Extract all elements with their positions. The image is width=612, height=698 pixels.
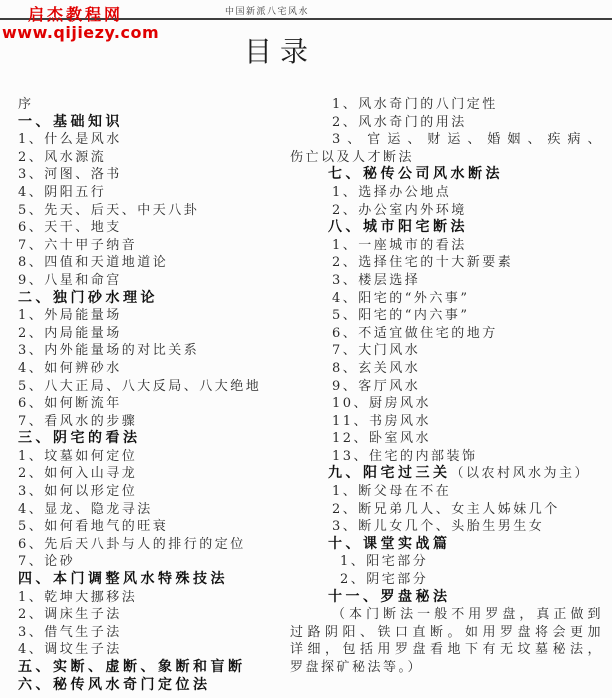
toc-line-text: 2、办公室内外环境 xyxy=(332,203,467,218)
toc-line-text: 3、断儿女几个、头胎生男生女 xyxy=(332,519,544,534)
toc-line-text: 2、风水源流 xyxy=(18,150,106,165)
toc-line: 5、阳宅的“内六事” xyxy=(290,307,603,325)
toc-line-text: 1、一座城市的看法 xyxy=(332,238,467,253)
toc-line: 6、天干、地支 xyxy=(18,219,298,237)
toc-line-text: 过路阴阳、铁口直断。如用罗盘将会更加 xyxy=(290,625,603,640)
toc-line-text: 3、如何以形定位 xyxy=(18,484,137,499)
toc-line: 2、断兄弟几人、女主人姊妹几个 xyxy=(290,501,603,519)
watermark-site-url: www.qijiezy.com xyxy=(2,23,159,42)
toc-line: 7、看风水的步骤 xyxy=(18,413,298,431)
toc-line: 1、阳宅部分 xyxy=(290,553,603,571)
toc-line-text: 12、卧室风水 xyxy=(332,431,431,446)
toc-line-text: 6、先后天八卦与人的排行的定位 xyxy=(18,537,246,552)
toc-line: 3、官运、财运、婚姻、疾病、 xyxy=(290,131,603,149)
toc-line: 1、坟墓如何定位 xyxy=(18,448,298,466)
toc-line-text: 1、阳宅部分 xyxy=(340,554,428,569)
toc-line: 十一、罗盘秘法 xyxy=(290,589,603,607)
toc-line-text: 4、调坟生子法 xyxy=(18,642,122,657)
toc-line-text: 9、八星和命宫 xyxy=(18,273,122,288)
toc-line: 4、阴阳五行 xyxy=(18,184,298,202)
toc-line: 4、调坟生子法 xyxy=(18,641,298,659)
toc-line-text: 七、秘传公司风水断法 xyxy=(328,166,503,182)
toc-line-text: 4、阳宅的“外六事” xyxy=(332,291,470,306)
toc-line: 3、如何以形定位 xyxy=(18,483,298,501)
toc-line-text: 2、风水奇门的用法 xyxy=(332,115,467,130)
toc-line-text: 六、秘传风水奇门定位法 xyxy=(18,677,211,693)
toc-line: 五、实断、虚断、象断和盲断 xyxy=(18,659,298,677)
toc-line-text: 十、课堂实战篇 xyxy=(328,536,451,552)
toc-line: 5、八大正局、八大反局、八大绝地 xyxy=(18,378,298,396)
toc-line-text: 2、内局能量场 xyxy=(18,326,122,341)
toc-line-text: 三、阴宅的看法 xyxy=(18,430,141,446)
toc-line-text: 1、选择办公地点 xyxy=(332,185,451,200)
toc-line: 2、阴宅部分 xyxy=(290,571,603,589)
toc-line: 2、风水源流 xyxy=(18,149,298,167)
toc-line: 7、大门风水 xyxy=(290,342,603,360)
toc-line-text: 1、外局能量场 xyxy=(18,308,122,323)
toc-line: 七、秘传公司风水断法 xyxy=(290,166,603,184)
toc-line-text: 1、风水奇门的八门定性 xyxy=(332,97,498,112)
toc-line-text: 7、论砂 xyxy=(18,554,75,569)
toc-line: 2、选择住宅的十大新要素 xyxy=(290,254,603,272)
toc-line: 3、内外能量场的对比关系 xyxy=(18,342,298,360)
toc-line-text: 5、先天、后天、中天八卦 xyxy=(18,203,199,218)
toc-line: 1、什么是风水 xyxy=(18,131,298,149)
toc-line-text: 二、独门砂水理论 xyxy=(18,290,158,306)
toc-line: 8、玄关风水 xyxy=(290,360,603,378)
toc-line-text: 13、住宅的内部装饰 xyxy=(332,449,478,464)
toc-line: 8、四值和天道地道论 xyxy=(18,254,298,272)
toc-line-text: 10、厨房风水 xyxy=(332,396,431,411)
toc-line: 2、办公室内外环境 xyxy=(290,202,603,220)
book-title: 中国新派八宅风水 xyxy=(225,7,309,17)
toc-line-text: 1、坟墓如何定位 xyxy=(18,449,137,464)
toc-line-text: 9、客厅风水 xyxy=(332,379,420,394)
toc-line: 6、先后天八卦与人的排行的定位 xyxy=(18,536,298,554)
toc-line-text: 7、看风水的步骤 xyxy=(18,414,137,429)
toc-line: 4、如何辨砂水 xyxy=(18,360,298,378)
toc-line-text: 2、选择住宅的十大新要素 xyxy=(332,255,513,270)
toc-line: 2、内局能量场 xyxy=(18,325,298,343)
toc-line-text: 4、显龙、隐龙寻法 xyxy=(18,502,153,517)
toc-line: 过路阴阳、铁口直断。如用罗盘将会更加 xyxy=(290,624,603,642)
toc-line: 四、本门调整风水特殊技法 xyxy=(18,571,298,589)
toc-line-text: 四、本门调整风水特殊技法 xyxy=(18,571,228,587)
toc-line: 九、阳宅过三关（以农村风水为主） xyxy=(290,465,603,483)
toc-line-text: 序 xyxy=(18,97,34,112)
toc-line-text: 6、不适宜做住宅的地方 xyxy=(332,326,498,341)
toc-line-text: 八、城市阳宅断法 xyxy=(328,219,468,235)
toc-line: 11、书房风水 xyxy=(290,413,603,431)
toc-line: 4、阳宅的“外六事” xyxy=(290,290,603,308)
toc-line: 2、风水奇门的用法 xyxy=(290,114,603,132)
toc-line-text: 2、如何入山寻龙 xyxy=(18,466,137,481)
toc-line: 6、如何断流年 xyxy=(18,395,298,413)
toc-line-text: 九、阳宅过三关 xyxy=(328,465,451,481)
toc-line: 10、厨房风水 xyxy=(290,395,603,413)
toc-line: 7、论砂 xyxy=(18,553,298,571)
toc-line-text: 6、如何断流年 xyxy=(18,396,122,411)
toc-line: 1、乾坤大挪移法 xyxy=(18,589,298,607)
toc-line: 9、八星和命宫 xyxy=(18,272,298,290)
toc-line-text: 3、借气生子法 xyxy=(18,625,122,640)
toc-line: 1、风水奇门的八门定性 xyxy=(290,96,603,114)
toc-line-text: 2、阴宅部分 xyxy=(340,572,428,587)
toc-line: 9、客厅风水 xyxy=(290,378,603,396)
toc-line: 13、住宅的内部装饰 xyxy=(290,448,603,466)
toc-line: 5、如何看地气的旺衰 xyxy=(18,518,298,536)
toc-line-text: 7、六十甲子纳音 xyxy=(18,238,137,253)
toc-line: 序 xyxy=(18,96,298,114)
toc-right-column: 1、风水奇门的八门定性2、风水奇门的用法3、官运、财运、婚姻、疾病、伤亡以及人才… xyxy=(290,96,603,677)
toc-line: 2、调床生子法 xyxy=(18,606,298,624)
toc-line-text: 6、天干、地支 xyxy=(18,220,122,235)
toc-left-column: 序一、基础知识1、什么是风水2、风水源流3、河图、洛书4、阴阳五行5、先天、后天… xyxy=(18,96,298,694)
toc-line: 12、卧室风水 xyxy=(290,430,603,448)
toc-line: 罗盘探矿秘法等。） xyxy=(290,659,603,677)
toc-line: 3、楼层选择 xyxy=(290,272,603,290)
toc-line-text: 3、楼层选择 xyxy=(332,273,420,288)
toc-line: 1、外局能量场 xyxy=(18,307,298,325)
toc-line-text: 8、四值和天道地道论 xyxy=(18,255,168,270)
toc-line: 3、借气生子法 xyxy=(18,624,298,642)
toc-line-text: 8、玄关风水 xyxy=(332,361,420,376)
toc-line-text: 一、基础知识 xyxy=(18,114,123,130)
watermark-site-name: 启杰教程网 xyxy=(28,2,123,25)
toc-line-text: 1、乾坤大挪移法 xyxy=(18,590,137,605)
toc-line: 5、先天、后天、中天八卦 xyxy=(18,202,298,220)
toc-line-text: 1、断父母在不在 xyxy=(332,484,451,499)
toc-line: 详细，包括用罗盘看地下有无坟墓秘法， xyxy=(290,641,603,659)
toc-line-text: 2、断兄弟几人、女主人姊妹几个 xyxy=(332,502,560,517)
toc-line: 1、一座城市的看法 xyxy=(290,237,603,255)
toc-line-text: 5、八大正局、八大反局、八大绝地 xyxy=(18,379,261,394)
toc-line-text: 3、官运、财运、婚姻、疾病、 xyxy=(332,132,603,147)
toc-line-text: 详细，包括用罗盘看地下有无坟墓秘法， xyxy=(290,642,603,657)
document-page: 中国新派八宅风水 启杰教程网 www.qijiezy.com 目录 序一、基础知… xyxy=(0,0,612,698)
toc-line: 1、断父母在不在 xyxy=(290,483,603,501)
toc-line: 一、基础知识 xyxy=(18,114,298,132)
toc-line: 伤亡以及人才断法 xyxy=(290,149,603,167)
toc-line-text: 4、阴阳五行 xyxy=(18,185,106,200)
toc-line-text: 3、内外能量场的对比关系 xyxy=(18,343,199,358)
toc-line: 三、阴宅的看法 xyxy=(18,430,298,448)
toc-line-text: 五、实断、虚断、象断和盲断 xyxy=(18,659,246,675)
toc-line: 4、显龙、隐龙寻法 xyxy=(18,501,298,519)
toc-line: 六、秘传风水奇门定位法 xyxy=(18,677,298,695)
toc-line: 3、断儿女几个、头胎生男生女 xyxy=(290,518,603,536)
toc-line: 2、如何入山寻龙 xyxy=(18,465,298,483)
toc-line-text: 十一、罗盘秘法 xyxy=(328,589,451,605)
toc-line: （本门断法一般不用罗盘，真正做到 xyxy=(290,606,603,624)
toc-line-text: 7、大门风水 xyxy=(332,343,420,358)
toc-line-text: 3、河图、洛书 xyxy=(18,167,122,182)
toc-line-text: 罗盘探矿秘法等。） xyxy=(290,660,423,675)
toc-line-text: 11、书房风水 xyxy=(332,414,431,429)
toc-line: 十、课堂实战篇 xyxy=(290,536,603,554)
toc-line: 八、城市阳宅断法 xyxy=(290,219,603,237)
toc-line-text: 4、如何辨砂水 xyxy=(18,361,122,376)
toc-line: 二、独门砂水理论 xyxy=(18,290,298,308)
toc-line: 1、选择办公地点 xyxy=(290,184,603,202)
toc-line-text: 1、什么是风水 xyxy=(18,132,122,147)
toc-line-text: （本门断法一般不用罗盘，真正做到 xyxy=(332,607,603,622)
toc-line: 3、河图、洛书 xyxy=(18,166,298,184)
toc-line: 7、六十甲子纳音 xyxy=(18,237,298,255)
toc-line-suffix: （以农村风水为主） xyxy=(451,466,591,481)
toc-line: 6、不适宜做住宅的地方 xyxy=(290,325,603,343)
toc-line-text: 伤亡以及人才断法 xyxy=(290,150,414,165)
toc-line-text: 2、调床生子法 xyxy=(18,607,122,622)
toc-line-text: 5、如何看地气的旺衰 xyxy=(18,519,168,534)
toc-line-text: 5、阳宅的“内六事” xyxy=(332,308,470,323)
